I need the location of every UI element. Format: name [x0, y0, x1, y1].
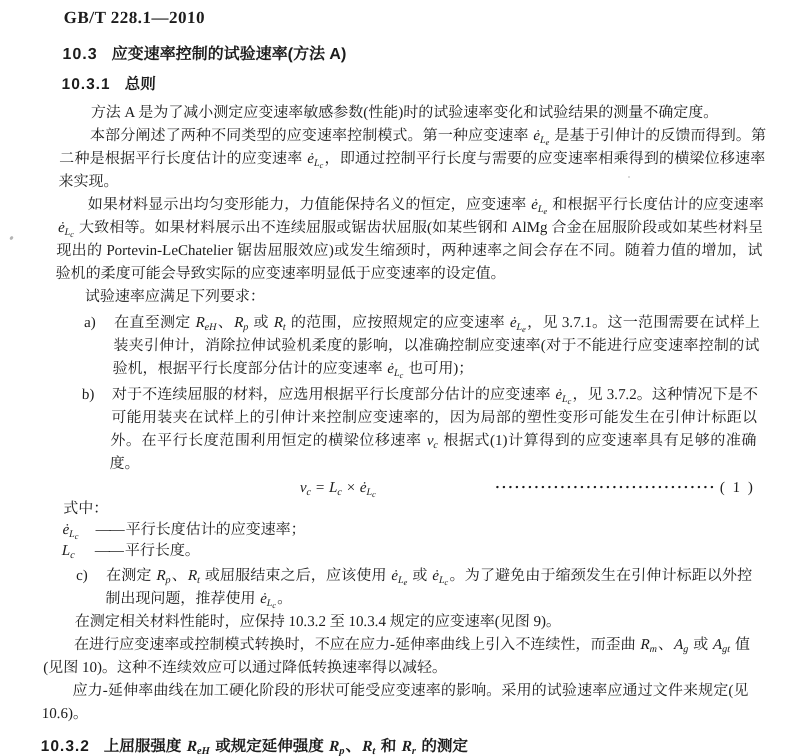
math-symbol: Lc [61, 543, 76, 559]
math-symbol: Rt [361, 738, 377, 755]
clause-number: 10.3.1 [61, 76, 111, 93]
definition-term: Lc [61, 541, 96, 562]
math-symbol: vc [426, 433, 440, 449]
math-symbol: Agt [712, 637, 732, 653]
list-item-a: a) 在直至测定 ReH、Rp 或 Rt 的范围，应按照规定的应变速率 ėLe，… [52, 312, 760, 381]
paragraph-work-hardening: 应力-延伸率曲线在加工硬化阶段的形状可能受应变速率的影响。采用的试验速率应通过文… [41, 680, 748, 726]
math-symbol: vc [299, 480, 313, 496]
math-symbol: ėLe [532, 128, 551, 144]
where-label: 式中： [48, 499, 755, 520]
clause-number: 10.3.2 [41, 738, 91, 755]
document-content: GB/T 228.1—2010 10.3应变速率控制的试验速率(方法 A) 10… [40, 8, 770, 756]
math-symbol: Rp [155, 568, 172, 584]
formula-1: vc = Lc × ėLc ··························… [49, 478, 756, 499]
math-symbol: Rp [328, 738, 346, 755]
clause-heading-10-3-2: 10.3.2上屈服强度 ReH 或规定延伸强度 Rp、Rt 和 Rr 的测定 [40, 738, 747, 756]
math-symbol: ėLe [509, 315, 528, 331]
paragraph-uniform-deformation: 如果材料显示出均匀变形能力，力值能保持名义的恒定，应变速率 ėLe 和根据平行长… [55, 194, 764, 286]
list-item-b: b) 对于不连续屈服的材料，应选用根据平行长度部分估计的应变速率 ėLc，见 3… [49, 384, 758, 476]
math-symbol: Rr [400, 738, 417, 755]
paragraph-mode-switching: 在进行应变速率或控制模式转换时，不应在应力-延伸率曲线上引入不连续性，而歪曲 R… [43, 634, 750, 680]
section-heading-10-3: 10.3应变速率控制的试验速率(方法 A) [62, 45, 769, 64]
math-symbol: ėLc [554, 387, 573, 403]
math-symbol: ėLc [61, 522, 80, 538]
math-symbol: ėLe [390, 568, 409, 584]
list-marker-c: c) [75, 565, 106, 611]
list-item-b-text: 对于不连续屈服的材料，应选用根据平行长度部分估计的应变速率 ėLc，见 3.7.… [109, 384, 758, 476]
list-marker-b: b) [79, 384, 112, 476]
list-marker-a: a) [82, 312, 114, 381]
paragraph-requirements-intro: 试验速率应满足下列要求： [55, 286, 762, 309]
definition-row: ėLc —— 平行长度估计的应变速率； [61, 520, 754, 541]
definition-desc: 平行长度。 [125, 541, 754, 562]
clause-title: 总则 [124, 76, 156, 93]
math-symbol: ReH [185, 738, 211, 755]
math-symbol: Ag [673, 637, 690, 653]
definition-row: Lc —— 平行长度。 [61, 541, 754, 562]
math-symbol: Rt [187, 568, 202, 584]
formula-number: ( 1 ) [720, 478, 756, 499]
definition-desc: 平行长度估计的应变速率； [125, 520, 754, 541]
math-symbol: ėLc [431, 568, 450, 584]
math-symbol: Rp [233, 315, 250, 331]
math-symbol: ėLc [259, 591, 278, 607]
definition-term: ėLc [61, 520, 96, 541]
definition-dash: —— [95, 541, 124, 562]
list-item-c: c) 在测定 Rp、Rt 或屈服结束之后，应该使用 ėLe 或 ėLc。为了避免… [45, 565, 752, 611]
paragraph-control-modes: 本部分阐述了两种不同类型的应变速率控制模式。第一种应变速率 ėLe 是基于引伸计… [58, 125, 766, 194]
math-symbol: Rt [273, 315, 288, 331]
math-symbol: ėLe [530, 197, 549, 213]
clause-heading-10-3-1: 10.3.1总则 [61, 76, 768, 94]
formula-dots-leader: ·································· [377, 478, 721, 499]
section-title: 应变速率控制的试验速率(方法 A) [111, 46, 346, 63]
math-symbol: ėLc [359, 480, 378, 496]
math-symbol: ėLc [57, 220, 76, 236]
math-symbol: ReH [194, 315, 218, 331]
math-symbol: ėLc [386, 361, 405, 377]
definition-dash: —— [95, 520, 124, 541]
list-item-c-text: 在测定 Rp、Rt 或屈服结束之后，应该使用 ėLe 或 ėLc。为了避免由于缩… [105, 565, 752, 611]
scan-speck [9, 236, 14, 241]
math-symbol: Rm [639, 637, 658, 653]
paragraph-maintain-rates: 在测定相关材料性能时，应保持 10.3.2 至 10.3.4 规定的应变速率(见… [44, 611, 751, 634]
list-item-a-text: 在直至测定 ReH、Rp 或 Rt 的范围，应按照规定的应变速率 ėLe，见 3… [112, 312, 760, 381]
math-symbol: ėLc [306, 151, 325, 167]
scanned-document-page: GB/T 228.1—2010 10.3应变速率控制的试验速率(方法 A) 10… [0, 0, 802, 756]
formula-expression: vc = Lc × ėLc [299, 478, 378, 499]
math-symbol: Lc [328, 480, 343, 496]
clause-title: 上屈服强度 ReH 或规定延伸强度 Rp、Rt 和 Rr 的测定 [104, 738, 468, 755]
standard-number: GB/T 228.1—2010 [63, 8, 770, 27]
section-number: 10.3 [62, 46, 98, 63]
paragraph-method-a-purpose: 方法 A 是为了减小测定应变速率敏感参数(性能)时的试验速率变化和试验结果的测量… [60, 102, 767, 125]
